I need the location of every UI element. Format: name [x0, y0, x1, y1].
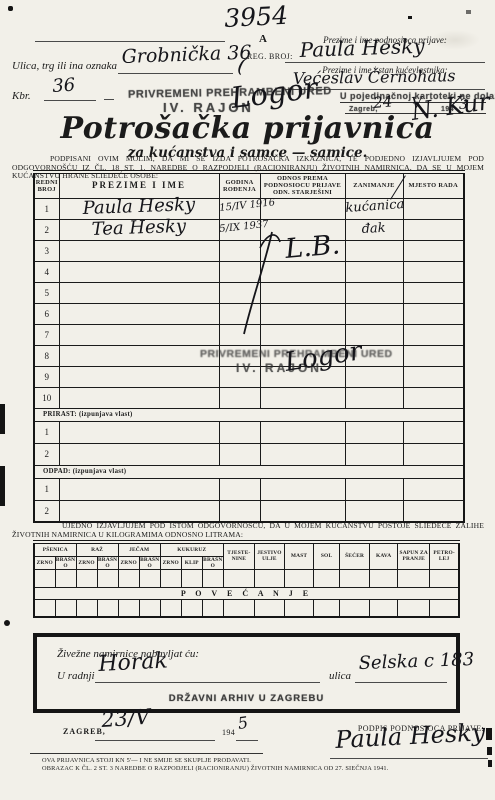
supply-cell: [118, 569, 139, 587]
cell-name: [59, 261, 219, 282]
cell-occupation: kućanica: [345, 198, 403, 219]
cell-workplace: [403, 282, 464, 303]
supply-cell: [340, 599, 370, 617]
sub-header: BRAŠNO: [139, 556, 160, 569]
cell-num: 2: [34, 443, 59, 465]
cell-workplace: [403, 478, 464, 500]
ruled-line: [355, 682, 447, 683]
supply-cell: [118, 599, 139, 617]
handwritten-street: Grobnička 36: [121, 43, 251, 67]
ruled-line: [35, 41, 225, 42]
handwritten-occupation: kućanica: [345, 198, 405, 215]
header-jestivo-ulje: JESTIVO ULJE: [254, 542, 284, 569]
scan-artifact: [4, 620, 10, 626]
cell-relation: [260, 387, 345, 408]
footer-note2: OBRAZAC K ČL. 2 ST. 3 NAREDBE O RAZPODJE…: [42, 765, 389, 772]
cell-workplace: [403, 421, 464, 443]
supplies-intro-text: UJEDNO IZJAVLJUJEM POD ISTOM ODGOVORNOŠĆ…: [12, 522, 484, 539]
group-header-jecam: JEČAM: [118, 542, 160, 556]
handwritten-office-signature: Logor: [229, 74, 318, 113]
scan-artifact: [487, 747, 492, 755]
cell-born: [219, 421, 260, 443]
supply-cell: [254, 599, 284, 617]
handwritten-name: Tea Hesky: [91, 217, 186, 238]
cell-occupation: [345, 478, 403, 500]
ruled-line: [236, 740, 258, 741]
street-label: Ulica, trg ili ina oznaka: [12, 60, 117, 72]
scanned-form-page: 3954 A REG. BROJ: ( Ulica, trg ili ina o…: [0, 0, 495, 800]
supply-cell: [97, 569, 118, 587]
supply-cell: [370, 599, 398, 617]
supply-cell: [223, 569, 254, 587]
cell-name: [59, 421, 219, 443]
scan-artifact: [466, 10, 471, 14]
cell-relation: [260, 500, 345, 522]
supplies-table-wrap: PŠENICA RAŽ JEČAM KUKURUZ TJESTE-NINE JE…: [33, 540, 460, 618]
supply-cell: [284, 599, 313, 617]
cell-name: [59, 443, 219, 465]
cell-occupation: [345, 500, 403, 522]
reg-number-label: REG. BROJ:: [247, 52, 293, 61]
scan-artifact: [488, 760, 492, 767]
header-secer: ŠEĆER: [340, 542, 370, 569]
ruled-line: [330, 758, 488, 759]
cell-name: Paula Hesky: [59, 198, 219, 219]
person-row: 1 Paula Hesky 15/IV 1916 kućanica: [34, 198, 464, 219]
supplies-group-header-row: PŠENICA RAŽ JEČAM KUKURUZ TJESTE-NINE JE…: [34, 542, 459, 556]
cell-occupation: [345, 366, 403, 387]
ruled-line: [104, 99, 114, 100]
cell-occupation: [345, 421, 403, 443]
increase-label: P O V E Ć A N J E: [34, 587, 459, 599]
scan-artifact: [0, 404, 5, 434]
cell-name: [59, 240, 219, 261]
handwritten-stamp-day: 24: [373, 94, 393, 111]
cell-name: Tea Hesky: [59, 219, 219, 240]
supply-cell: [76, 599, 97, 617]
supply-cell: [97, 599, 118, 617]
handwritten-signature: Paula Hesky: [335, 720, 486, 752]
shop-declaration-box: Živežne namirnice nabavljat ću: U radnji…: [33, 633, 460, 713]
odpad-label-row: ODPAD: (izpunjava vlast): [34, 465, 464, 478]
col-header-rednibroj: REDNI BROJ: [34, 172, 59, 198]
supplies-table: PŠENICA RAŽ JEČAM KUKURUZ TJESTE-NINE JE…: [33, 540, 460, 618]
supply-cell: [398, 569, 430, 587]
cell-occupation: [345, 282, 403, 303]
supply-cell: [160, 569, 181, 587]
supply-cell: [139, 599, 160, 617]
supply-cell: [181, 599, 202, 617]
cell-workplace: [403, 345, 464, 366]
supply-cell: [398, 599, 430, 617]
cell-born: [219, 478, 260, 500]
cell-num: 2: [34, 500, 59, 522]
scan-artifact: [8, 6, 13, 11]
ruled-line: [95, 682, 320, 683]
cell-num: 1: [34, 198, 59, 219]
cell-born: 15/IV 1916: [219, 198, 260, 219]
footer-year-printed: 194: [222, 728, 235, 737]
header-sol: SOL: [314, 542, 340, 569]
odpad-row: 1: [34, 478, 464, 500]
header-sapun: SAPUN ZA PRANJE: [398, 542, 430, 569]
cell-num: 6: [34, 303, 59, 324]
odpad-row: 2: [34, 500, 464, 522]
handwritten-footer-date: 23/V: [101, 707, 151, 731]
cell-born: [219, 500, 260, 522]
cell-num: 10: [34, 387, 59, 408]
supply-cell: [314, 599, 340, 617]
cell-workplace: [403, 303, 464, 324]
cell-workplace: [403, 500, 464, 522]
person-row: 10: [34, 387, 464, 408]
cell-num: 1: [34, 421, 59, 443]
prirast-row: 1: [34, 421, 464, 443]
cell-relation: [260, 443, 345, 465]
cell-workplace: [403, 324, 464, 345]
cell-occupation: [345, 303, 403, 324]
ruled-line: [30, 753, 263, 754]
cell-occupation: [345, 261, 403, 282]
supplies-value-row: [34, 569, 459, 587]
supply-cell: [223, 599, 254, 617]
cell-num: 7: [34, 324, 59, 345]
sub-header: ZRNO: [34, 556, 55, 569]
supply-cell: [181, 569, 202, 587]
sub-header: KLIP: [181, 556, 202, 569]
header-tjestenine: TJESTE-NINE: [223, 542, 254, 569]
cell-workplace: [403, 387, 464, 408]
ruled-line: [118, 73, 233, 74]
cell-name: [59, 366, 219, 387]
cell-born: [219, 387, 260, 408]
supply-cell: [202, 599, 223, 617]
supply-cell: [55, 569, 76, 587]
shop-street-label: ulica: [329, 670, 351, 682]
handwritten-shop-name: Horak: [98, 650, 168, 676]
cell-name: [59, 324, 219, 345]
sub-header: ZRNO: [160, 556, 181, 569]
sub-header: BRAŠNO: [55, 556, 76, 569]
sub-header: ZRNO: [118, 556, 139, 569]
cell-num: 4: [34, 261, 59, 282]
cell-born: [219, 443, 260, 465]
sub-header: BRAŠNO: [202, 556, 223, 569]
cell-name: [59, 500, 219, 522]
cell-name: [59, 345, 219, 366]
cell-workplace: [403, 366, 464, 387]
header-mast: MAST: [284, 542, 313, 569]
cell-workplace: [403, 219, 464, 240]
cell-workplace: [403, 261, 464, 282]
prirast-label: PRIRAST: (izpunjava vlast): [34, 408, 464, 421]
cell-num: 2: [34, 219, 59, 240]
supply-cell: [34, 569, 55, 587]
footer-note1: OVA PRIJAVNICA STOJI KN 5'— I NE SMIJE S…: [42, 757, 251, 764]
col-header-godina: GODINA ROĐENJA: [219, 172, 260, 198]
handwritten-house-number: 36: [52, 76, 76, 96]
cell-num: 3: [34, 240, 59, 261]
odpad-label: ODPAD: (izpunjava vlast): [34, 465, 464, 478]
handwritten-lb-text: L.B.: [283, 229, 341, 265]
ink-annotation-lb: L.B.: [220, 222, 350, 342]
cell-name: [59, 478, 219, 500]
handwritten-name: Paula Hesky: [82, 196, 195, 218]
supply-cell: [254, 569, 284, 587]
cell-num: 5: [34, 282, 59, 303]
form-title: Potrošačka prijavnica: [55, 111, 440, 146]
cell-num: 1: [34, 478, 59, 500]
supply-cell: [284, 569, 313, 587]
handwritten-applicant-name: Paula Hesky: [299, 36, 425, 60]
supply-cell: [55, 599, 76, 617]
prirast-row: 2: [34, 443, 464, 465]
cell-occupation: đak: [345, 219, 403, 240]
supplies-increase-row: P O V E Ć A N J E: [34, 587, 459, 599]
supplies-value-row: [34, 599, 459, 617]
sub-header: BRAŠNO: [97, 556, 118, 569]
supply-cell: [139, 569, 160, 587]
cell-workplace: [403, 198, 464, 219]
col-header-mjesto: MJESTO RADA: [403, 172, 464, 198]
group-header-kukuruz: KUKURUZ: [160, 542, 223, 556]
ruled-line: [44, 100, 96, 101]
group-header-psenica: PŠENICA: [34, 542, 76, 556]
header-petrolej: PETRO-LEJ: [430, 542, 459, 569]
footer-place-label: ZAGREB,: [63, 727, 106, 736]
supply-cell: [160, 599, 181, 617]
cell-workplace: [403, 240, 464, 261]
cell-occupation: [345, 387, 403, 408]
header-kava: KAVA: [370, 542, 398, 569]
cell-relation: [260, 478, 345, 500]
cell-occupation: [345, 240, 403, 261]
supply-cell: [202, 569, 223, 587]
sub-header: ZRNO: [76, 556, 97, 569]
supply-cell: [314, 569, 340, 587]
cell-name: [59, 282, 219, 303]
cell-num: 8: [34, 345, 59, 366]
handwritten-footer-year: 5: [237, 715, 249, 732]
cell-relation: [260, 421, 345, 443]
scan-artifact: [0, 466, 5, 506]
cell-name: [59, 387, 219, 408]
col-header-odnos: ODNOS PREMA PODNOSIOCU PRIJAVE ODN. STAR…: [260, 172, 345, 198]
cell-name: [59, 303, 219, 324]
supply-cell: [340, 569, 370, 587]
prirast-label-row: PRIRAST: (izpunjava vlast): [34, 408, 464, 421]
archive-stamp: DRŽAVNI ARHIV U ZAGREBU: [37, 693, 456, 704]
group-header-raz: RAŽ: [76, 542, 118, 556]
handwritten-occupation: đak: [361, 222, 386, 236]
house-number-label: Kbr.: [12, 90, 31, 102]
supply-cell: [430, 599, 459, 617]
supply-cell: [34, 599, 55, 617]
supply-cell: [370, 569, 398, 587]
handwritten-reg-number: 3954: [224, 3, 289, 31]
reg-series-letter: A: [259, 33, 267, 45]
shop-label: U radnji: [57, 670, 95, 682]
cell-workplace: [403, 443, 464, 465]
ruled-line: [285, 62, 485, 63]
supply-cell: [76, 569, 97, 587]
cell-num: 9: [34, 366, 59, 387]
handwritten-shop-street: Selska c 183: [358, 651, 474, 673]
ruled-line: [95, 740, 215, 741]
scan-artifact: [408, 16, 412, 19]
cell-occupation: [345, 443, 403, 465]
supply-cell: [430, 569, 459, 587]
